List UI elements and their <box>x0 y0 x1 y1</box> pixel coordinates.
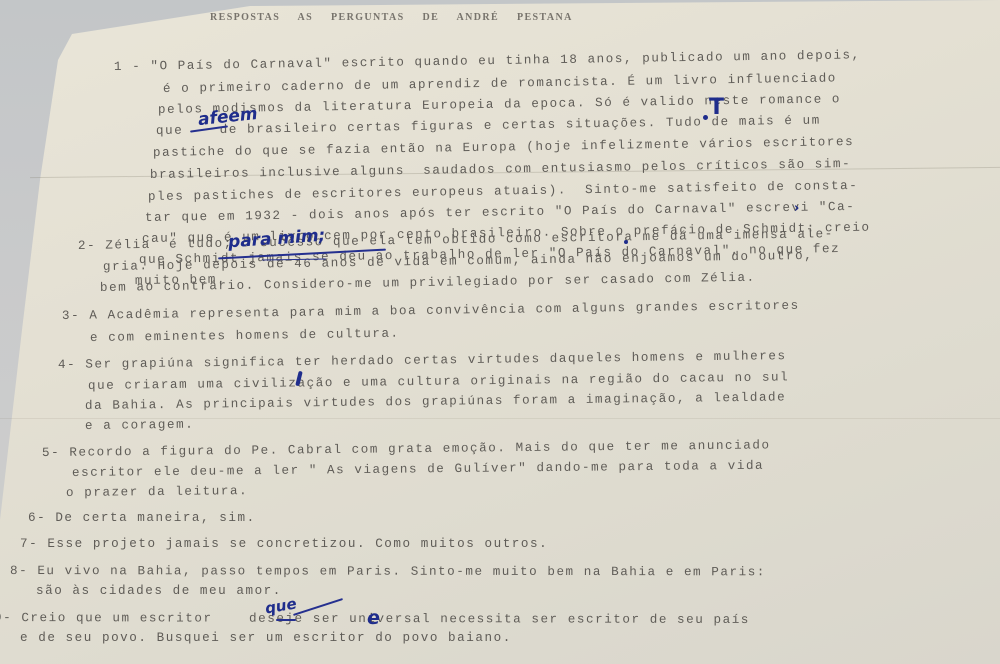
handwritten-annotation: e <box>367 607 380 629</box>
answer-line: o prazer da leitura. <box>66 484 248 500</box>
answer-line: e de seu povo. Busquei ser um escritor d… <box>20 631 512 645</box>
handwritten-annotation: T <box>709 95 724 120</box>
answer-line: são às cidades de meu amor. <box>36 584 282 598</box>
answer-line: 6- De certa maneira, sim. <box>28 511 256 525</box>
answer-line: 7- Esse projeto jamais se concretizou. C… <box>20 537 548 551</box>
document-title: RESPOSTAS AS PERGUNTAS DE ANDRÉ PESTANA <box>210 12 573 23</box>
answer-line: e a coragem. <box>85 418 194 433</box>
ink-mark-comma: › <box>794 201 799 216</box>
ink-strikethrough <box>276 619 296 621</box>
ink-accent-mark <box>624 240 628 244</box>
ink-dot <box>703 115 708 120</box>
answer-line: 8- Eu vivo na Bahia, passo tempos em Par… <box>10 564 766 579</box>
